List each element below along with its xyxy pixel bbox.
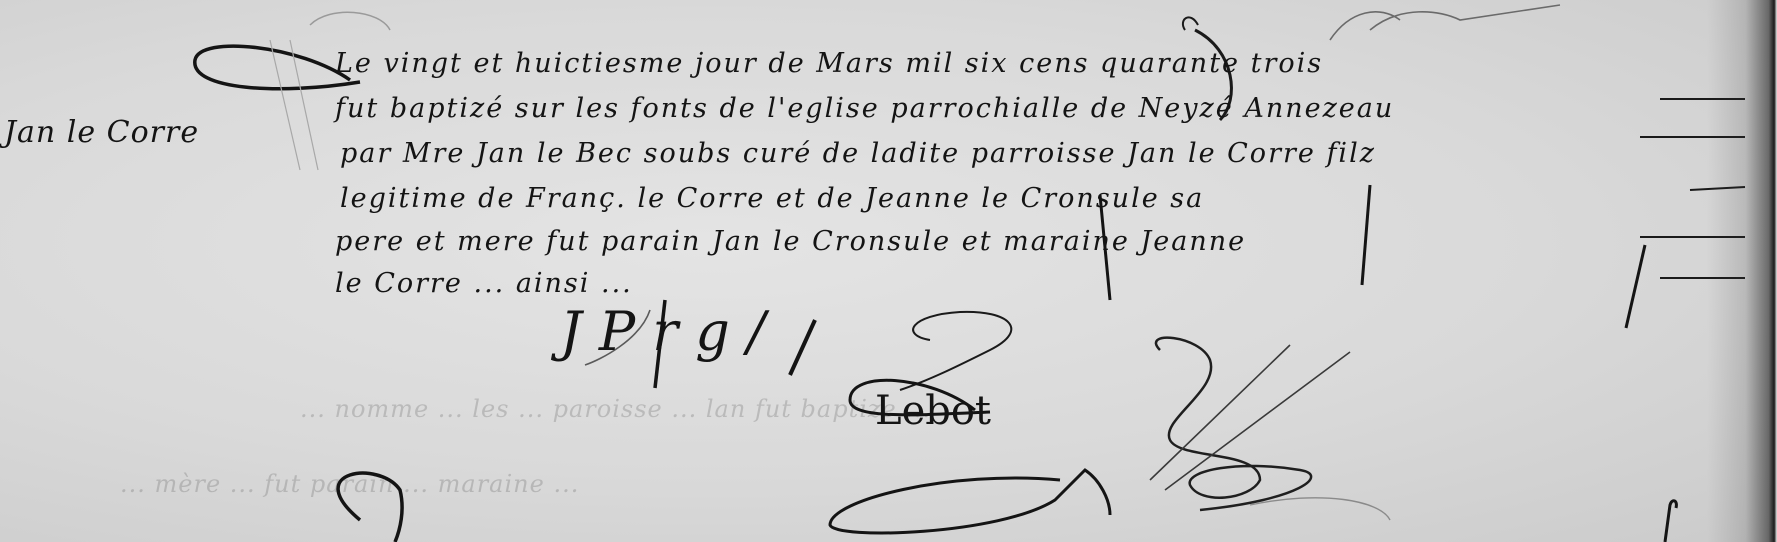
entry-line-3: par Mre Jan le Bec soubs curé de ladite …	[340, 138, 1376, 169]
margin-note-name: Jan le Corre	[4, 115, 199, 150]
entry-line-1: Le vingt et huictiesme jour de Mars mil …	[335, 48, 1323, 79]
entry-line-6: le Corre ... ainsi ...	[335, 268, 633, 299]
signature-initials-mark: J P r g /	[560, 300, 765, 363]
entry-line-2: fut baptizé sur les fonts de l'eglise pa…	[335, 93, 1394, 124]
entry-line-5: pere et mere fut parain Jan le Cronsule …	[335, 226, 1246, 257]
page-gutter-shadow	[1707, 0, 1777, 542]
ink-flourishes	[0, 0, 1777, 542]
entry-line-4: legitime de Franç. le Corre et de Jeanne…	[340, 183, 1204, 214]
signature-lebot: Lebot	[875, 388, 991, 434]
manuscript-page: ... nomme ... les ... paroisse ... lan f…	[0, 0, 1777, 542]
